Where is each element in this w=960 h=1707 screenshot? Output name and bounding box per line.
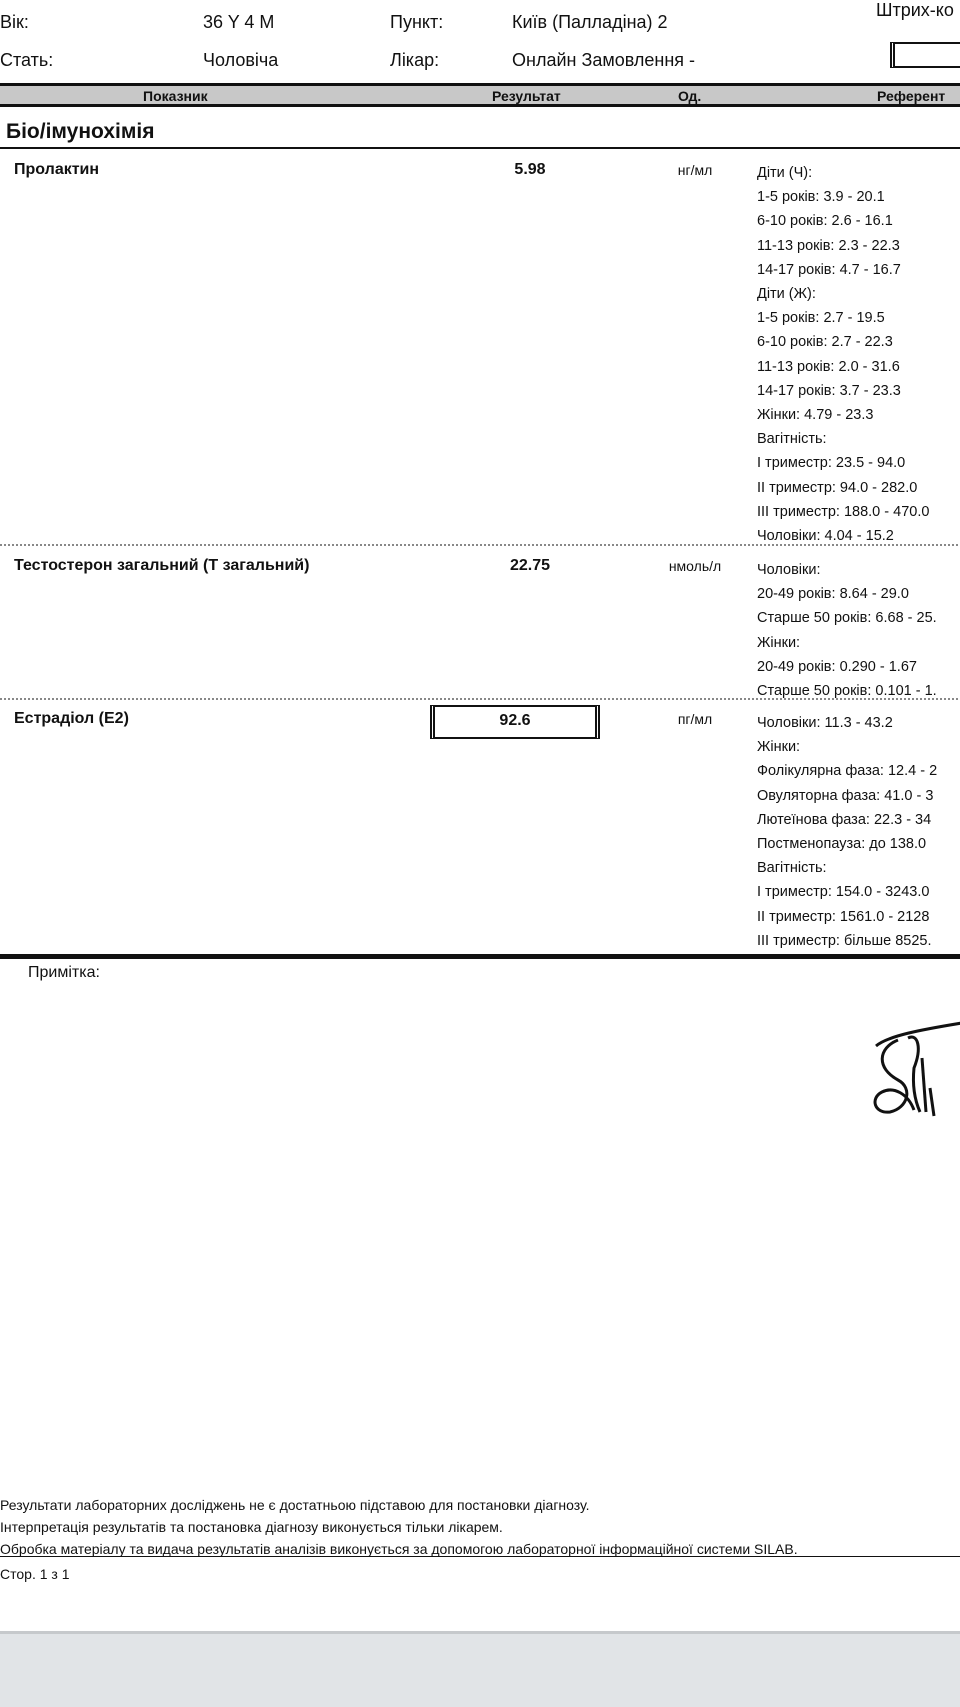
reference-line: 1-5 років: 2.7 - 19.5 — [757, 306, 929, 330]
reference-line: 20-49 років: 0.290 - 1.67 — [757, 655, 937, 679]
reference-line: 14-17 років: 4.7 - 16.7 — [757, 258, 929, 282]
footer-silab: Обробка матеріалу та видача результатів … — [0, 1541, 798, 1557]
reference-line: III триместр: 188.0 - 470.0 — [757, 500, 929, 524]
header-result: Результат — [492, 88, 561, 104]
barcode-label: Штрих-ко — [876, 0, 954, 21]
sex-value: Чоловіча — [203, 50, 278, 71]
section-title: Біо/імунохімія — [6, 120, 155, 144]
reference-line: III триместр: більше 8525. — [757, 929, 937, 953]
reference-line: Старше 50 років: 6.68 - 25. — [757, 606, 937, 630]
footer-interpretation: Інтерпретація результатів та постановка … — [0, 1519, 503, 1535]
age-label: Вік: — [0, 12, 29, 33]
footer-disclaimer: Результати лабораторних досліджень не є … — [0, 1497, 590, 1513]
reference-line: I триместр: 154.0 - 3243.0 — [757, 880, 937, 904]
test-result: 5.98 — [430, 161, 630, 179]
reference-line: Вагітність: — [757, 427, 929, 451]
reference-line: Жінки: — [757, 735, 937, 759]
reference-line: Чоловіки: 11.3 - 43.2 — [757, 711, 937, 735]
reference-line: Лютеїнова фаза: 22.3 - 34 — [757, 808, 937, 832]
age-value: 36 Y 4 M — [203, 12, 274, 33]
point-label: Пункт: — [390, 12, 443, 33]
reference-line: 11-13 років: 2.3 - 22.3 — [757, 234, 929, 258]
reference-line: 6-10 років: 2.6 - 16.1 — [757, 209, 929, 233]
reference-line: Діти (Ж): — [757, 282, 929, 306]
reference-line: Жінки: — [757, 631, 937, 655]
reference-line: Вагітність: — [757, 856, 937, 880]
test-result-flagged: 92.6 — [430, 705, 600, 739]
doctor-value: Онлайн Замовлення - — [512, 50, 695, 71]
reference-line: 1-5 років: 3.9 - 20.1 — [757, 185, 929, 209]
test-name: Тестостерон загальний (Т загальний) — [14, 557, 309, 575]
header-indicator: Показник — [143, 88, 208, 104]
test-reference: Чоловіки: 11.3 - 43.2Жінки:Фолікулярна ф… — [757, 711, 937, 953]
reference-line: Фолікулярна фаза: 12.4 - 2 — [757, 759, 937, 783]
reference-line: Жінки: 4.79 - 23.3 — [757, 403, 929, 427]
reference-line: 14-17 років: 3.7 - 23.3 — [757, 379, 929, 403]
table-end-divider — [0, 954, 960, 959]
test-unit: нг/мл — [640, 162, 750, 178]
reference-line: Овуляторна фаза: 41.0 - 3 — [757, 784, 937, 808]
reference-line: Чоловіки: — [757, 558, 937, 582]
note-label: Примітка: — [28, 964, 100, 982]
viewer-background — [0, 1631, 960, 1707]
reference-line: Діти (Ч): — [757, 161, 929, 185]
reference-line: II триместр: 94.0 - 282.0 — [757, 476, 929, 500]
reference-line: 6-10 років: 2.7 - 22.3 — [757, 330, 929, 354]
row-divider — [0, 544, 960, 546]
reference-line: II триместр: 1561.0 - 2128 — [757, 905, 937, 929]
barcode-box — [890, 42, 960, 68]
doctor-label: Лікар: — [390, 50, 439, 71]
row-divider — [0, 698, 960, 700]
reference-line: I триместр: 23.5 - 94.0 — [757, 451, 929, 475]
page-number: Стор. 1 з 1 — [0, 1566, 70, 1582]
test-unit: пг/мл — [640, 711, 750, 727]
footer-divider — [0, 1556, 960, 1557]
reference-line: Постменопауза: до 138.0 — [757, 832, 937, 856]
header-reference: Референт — [877, 88, 945, 104]
signature-icon — [868, 1008, 960, 1123]
test-name: Пролактин — [14, 161, 99, 179]
test-reference: Діти (Ч):1-5 років: 3.9 - 20.16-10 років… — [757, 161, 929, 548]
reference-line: 20-49 років: 8.64 - 29.0 — [757, 582, 937, 606]
test-result: 22.75 — [430, 557, 630, 575]
reference-line: 11-13 років: 2.0 - 31.6 — [757, 355, 929, 379]
sex-label: Стать: — [0, 50, 53, 71]
section-divider — [0, 147, 960, 149]
test-name: Естрадіол (Е2) — [14, 710, 129, 728]
header-unit: Од. — [678, 88, 701, 104]
test-unit: нмоль/л — [640, 558, 750, 574]
test-reference: Чоловіки:20-49 років: 8.64 - 29.0Старше … — [757, 558, 937, 703]
point-value: Київ (Палладіна) 2 — [512, 12, 668, 33]
table-header: Показник Результат Од. Референт — [0, 83, 960, 107]
